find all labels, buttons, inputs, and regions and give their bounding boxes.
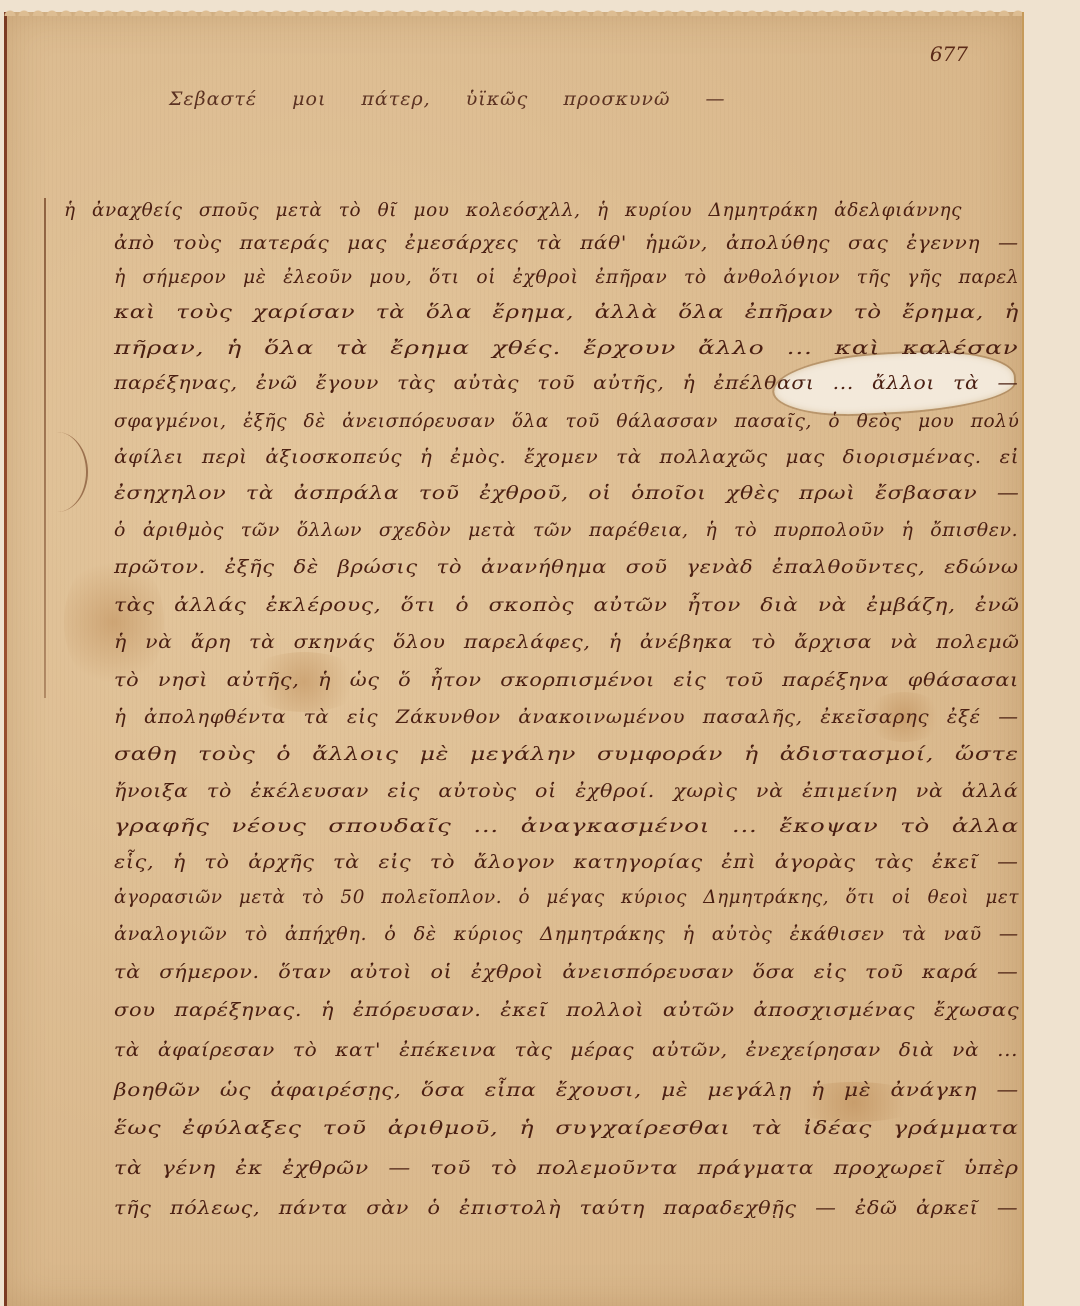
text-line: ἡ ἀναχθείς σποῦς μετὰ τὸ θῖ μου κολεόσχλ…: [64, 200, 1019, 221]
text-line: πῆραν, ἡ ὅλα τὰ ἔρημα χθές. ἔρχουν ἄλλο …: [114, 338, 1019, 359]
text-line: ὁ ἀριθμὸς τῶν ὅλλων σχεδὸν μετὰ τῶν παρέ…: [114, 520, 1018, 541]
margin-curve-mark: [26, 432, 88, 512]
text-line: βοηθῶν ὡς ἀφαιρέσῃς, ὅσα εἶπα ἔχουσι, μὲ…: [114, 1080, 1019, 1101]
text-line: ἡ σήμερον μὲ ἐλεοῦν μου, ὅτι οἱ ἐχθροὶ ἐ…: [114, 267, 1019, 288]
text-line: εἷς, ἡ τὸ ἀρχῆς τὰ εἰς τὸ ἄλογον κατηγορ…: [114, 852, 1019, 873]
text-line: ἡ ἀποληφθέντα τὰ εἰς Ζάκυνθον ἀνακοινωμέ…: [114, 707, 1019, 728]
page-number: 677: [930, 42, 968, 66]
text-line: ἀναλογιῶν τὸ ἀπήχθη. ὁ δὲ κύριος Δημητρά…: [114, 924, 1019, 945]
text-line: σαθη τοὺς ὁ ἄλλοις μὲ μεγάλην συμφοράν ἡ…: [114, 744, 1019, 765]
text-line: τὰ σήμερον. ὅταν αὐτοὶ οἱ ἐχθροὶ ἀνεισπό…: [114, 962, 1018, 983]
text-line: τὰς ἀλλάς ἐκλέρους, ὅτι ὁ σκοπὸς αὐτῶν ἦ…: [114, 595, 1020, 616]
text-line: σφαγμένοι, ἐξῆς δὲ ἀνεισπόρευσαν ὅλα τοῦ…: [114, 411, 1019, 432]
text-line: ἐσηχηλον τὰ ἀσπράλα τοῦ ἐχθροῦ, οἱ ὁποῖο…: [114, 483, 1020, 504]
text-line: ἡ νὰ ἄρη τὰ σκηνάς ὅλου παρελάφες, ἡ ἀνέ…: [114, 632, 1020, 653]
text-line: τῆς πόλεως, πάντα σὰν ὁ ἐπιστολὴ ταύτη π…: [114, 1198, 1018, 1219]
text-line: γραφῆς νέους σπουδαῖς ... ἀναγκασμένοι .…: [114, 816, 1019, 837]
text-line: ἀφίλει περὶ ἀξιοσκοπεύς ἡ ἐμὸς. ἔχομεν τ…: [114, 447, 1019, 468]
text-line: ἀγορασιῶν μετὰ τὸ 50 πολεῖοπλον. ὁ μέγας…: [114, 887, 1019, 908]
text-line: πρῶτον. ἐξῆς δὲ βρώσις τὸ ἀνανήθημα σοῦ …: [114, 557, 1019, 578]
text-line: σου παρέξηνας. ἡ ἐπόρευσαν. ἐκεῖ πολλοὶ …: [114, 1000, 1019, 1021]
text-line: τὰ ἀφαίρεσαν τὸ κατ' ἐπέκεινα τὰς μέρας …: [114, 1040, 1018, 1061]
text-line: καὶ τοὺς χαρίσαν τὰ ὅλα ἔρημα, ἀλλὰ ὅλα …: [114, 302, 1019, 323]
text-line: ἕως ἐφύλαξες τοῦ ἀριθμοῦ, ἡ συγχαίρεσθαι…: [114, 1118, 1019, 1139]
text-line: παρέξηνας, ἐνῶ ἔγουν τὰς αὐτὰς τοῦ αὐτῆς…: [114, 373, 1018, 394]
torn-top-edge: [4, 6, 1022, 16]
text-line: ἤνοιξα τὸ ἐκέλευσαν εἰς αὐτοὺς οἱ ἐχθροί…: [114, 781, 1018, 802]
text-line: ἀπὸ τοὺς πατεράς μας ἐμεσάρχες τὰ πάθ' ἡ…: [114, 233, 1019, 254]
salutation: Σεβαστέ μοι πάτερ, ὑϊκῶς προσκυνῶ —: [169, 88, 726, 110]
manuscript-page: 677 Σεβαστέ μοι πάτερ, ὑϊκῶς προσκυνῶ — …: [4, 12, 1024, 1306]
text-line: τὰ γένη ἐκ ἐχθρῶν — τοῦ τὸ πολεμοῦντα πρ…: [114, 1158, 1019, 1179]
text-line: τὸ νησὶ αὐτῆς, ἡ ὡς ὅ ἦτον σκορπισμένοι …: [114, 670, 1019, 691]
